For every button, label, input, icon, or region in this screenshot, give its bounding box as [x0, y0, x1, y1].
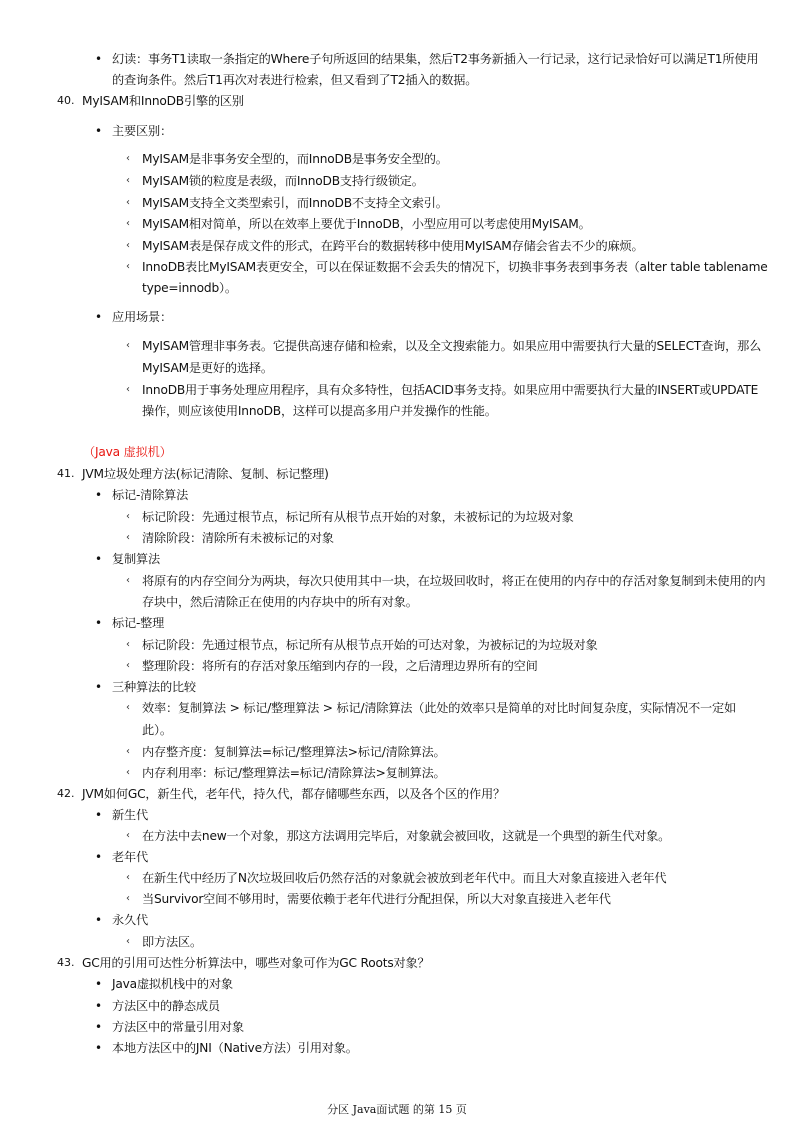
list-item: 标记阶段：先通过根节点，标记所有从根节点开始的可达对象，为被标记的为垃圾对象	[142, 637, 598, 653]
sub-bullet-icon: ‹	[126, 658, 130, 674]
list-item: 本地方法区中的JNI（Native方法）引用对象。	[112, 1040, 358, 1056]
question-title: MyISAM和InnoDB引擎的区别	[82, 93, 244, 109]
list-item: 将原有的内存空间分为两块，每次只使用其中一块，在垃圾回收时，将正在使用的内存中的…	[142, 573, 765, 589]
list-item-continuation: MyISAM是更好的选择。	[142, 360, 273, 376]
list-item: Java虚拟机栈中的对象	[112, 976, 233, 992]
sub-bullet-icon: ‹	[126, 530, 130, 546]
list-item: 内存整齐度：复制算法=标记/整理算法>标记/清除算法。	[142, 744, 446, 760]
bullet-icon: •	[95, 123, 102, 139]
bullet-icon: •	[95, 679, 102, 695]
bullet-icon: •	[95, 1019, 102, 1035]
bullet-icon: •	[95, 998, 102, 1014]
bullet-icon: •	[95, 309, 102, 325]
sub-bullet-icon: ‹	[126, 338, 130, 354]
list-item: 标记阶段：先通过根节点，标记所有从根节点开始的对象，未被标记的为垃圾对象	[142, 509, 574, 525]
bullet-icon: •	[95, 976, 102, 992]
list-item-continuation: 存块中，然后清除正在使用的内存块中的所有对象。	[142, 594, 418, 610]
sub-bullet-icon: ‹	[126, 700, 130, 716]
list-item: MyISAM管理非事务表。它提供高速存储和检索，以及全文搜索能力。如果应用中需要…	[142, 338, 761, 354]
copying-label: 复制算法	[112, 551, 160, 567]
sub-bullet-icon: ‹	[126, 509, 130, 525]
question-number: 41.	[57, 466, 75, 482]
bullet-icon: •	[95, 1040, 102, 1056]
question-title: JVM垃圾处理方法(标记清除、复制、标记整理)	[82, 466, 329, 482]
old-gen-label: 老年代	[112, 849, 148, 865]
young-gen-label: 新生代	[112, 807, 148, 823]
bullet-icon: •	[95, 912, 102, 928]
sub-bullet-icon: ‹	[126, 765, 130, 781]
list-item: MyISAM相对简单，所以在效率上要优于InnoDB，小型应用可以考虑使用MyI…	[142, 216, 591, 232]
list-item: 方法区中的静态成员	[112, 998, 220, 1014]
sub-bullet-icon: ‹	[126, 573, 130, 589]
list-item: InnoDB用于事务处理应用程序，具有众多特性，包括ACID事务支持。如果应用中…	[142, 382, 758, 398]
question-number: 40.	[57, 93, 75, 109]
list-item: 在方法中去new一个对象，那这方法调用完毕后，对象就会被回收，这就是一个典型的新…	[142, 828, 670, 844]
list-item: 效率：复制算法 > 标记/整理算法 > 标记/清除算法（此处的效率只是简单的对比…	[142, 700, 736, 716]
sub-bullet-icon: ‹	[126, 195, 130, 211]
sub-bullet-icon: ‹	[126, 238, 130, 254]
question-number: 43.	[57, 955, 75, 971]
section-heading-jvm: （Java 虚拟机）	[83, 444, 172, 460]
sub-bullet-icon: ‹	[126, 173, 130, 189]
list-item: 即方法区。	[142, 934, 202, 950]
main-diff-label: 主要区别：	[112, 123, 172, 139]
list-item: InnoDB表比MyISAM表更安全，可以在保证数据不会丢失的情况下，切换非事务…	[142, 259, 768, 275]
list-item-continuation: 此）。	[142, 722, 172, 738]
list-item: MyISAM支持全文类型索引，而InnoDB不支持全文索引。	[142, 195, 448, 211]
sub-bullet-icon: ‹	[126, 382, 130, 398]
sub-bullet-icon: ‹	[126, 744, 130, 760]
bullet-icon: •	[95, 51, 102, 67]
mark-sweep-label: 标记-清除算法	[112, 487, 188, 503]
list-item-continuation: 操作，则应该使用InnoDB，这样可以提高多用户并发操作的性能。	[142, 403, 497, 419]
sub-bullet-icon: ‹	[126, 870, 130, 886]
list-item-continuation: type=innodb）。	[142, 280, 237, 296]
sub-bullet-icon: ‹	[126, 151, 130, 167]
sub-bullet-icon: ‹	[126, 934, 130, 950]
sub-bullet-icon: ‹	[126, 891, 130, 907]
list-item: 内存利用率：标记/整理算法=标记/清除算法>复制算法。	[142, 765, 446, 781]
list-item: MyISAM表是保存成文件的形式，在跨平台的数据转移中使用MyISAM存储会省去…	[142, 238, 643, 254]
bullet-icon: •	[95, 487, 102, 503]
bullet-icon: •	[95, 849, 102, 865]
question-number: 42.	[57, 786, 75, 802]
perm-gen-label: 永久代	[112, 912, 148, 928]
page-footer: 分区 Java面试题 的第 15 页	[0, 1102, 794, 1118]
bullet-icon: •	[95, 807, 102, 823]
sub-bullet-icon: ‹	[126, 637, 130, 653]
list-item: 清除阶段：清除所有未被标记的对象	[142, 530, 334, 546]
sub-bullet-icon: ‹	[126, 828, 130, 844]
scenarios-label: 应用场景：	[112, 309, 172, 325]
sub-bullet-icon: ‹	[126, 216, 130, 232]
phantom-read-line1: 幻读：事务T1读取一条指定的Where子句所返回的结果集，然后T2事务新插入一行…	[112, 51, 758, 67]
question-title: JVM如何GC，新生代，老年代，持久代，都存储哪些东西，以及各个区的作用？	[82, 786, 505, 802]
sub-bullet-icon: ‹	[126, 259, 130, 275]
phantom-read-line2: 的查询条件。然后T1再次对表进行检索，但又看到了T2插入的数据。	[112, 72, 477, 88]
list-item: MyISAM是非事务安全型的，而InnoDB是事务安全型的。	[142, 151, 448, 167]
list-item: MyISAM锁的粒度是表级，而InnoDB支持行级锁定。	[142, 173, 424, 189]
list-item: 当Survivor空间不够用时，需要依赖于老年代进行分配担保，所以大对象直接进入…	[142, 891, 611, 907]
question-title: GC用的引用可达性分析算法中，哪些对象可作为GC Roots对象？	[82, 955, 429, 971]
comparison-label: 三种算法的比较	[112, 679, 196, 695]
list-item: 在新生代中经历了N次垃圾回收后仍然存活的对象就会被放到老年代中。而且大对象直接进…	[142, 870, 666, 886]
mark-compact-label: 标记-整理	[112, 615, 164, 631]
bullet-icon: •	[95, 615, 102, 631]
list-item: 整理阶段：将所有的存活对象压缩到内存的一段，之后清理边界所有的空间	[142, 658, 538, 674]
list-item: 方法区中的常量引用对象	[112, 1019, 244, 1035]
bullet-icon: •	[95, 551, 102, 567]
